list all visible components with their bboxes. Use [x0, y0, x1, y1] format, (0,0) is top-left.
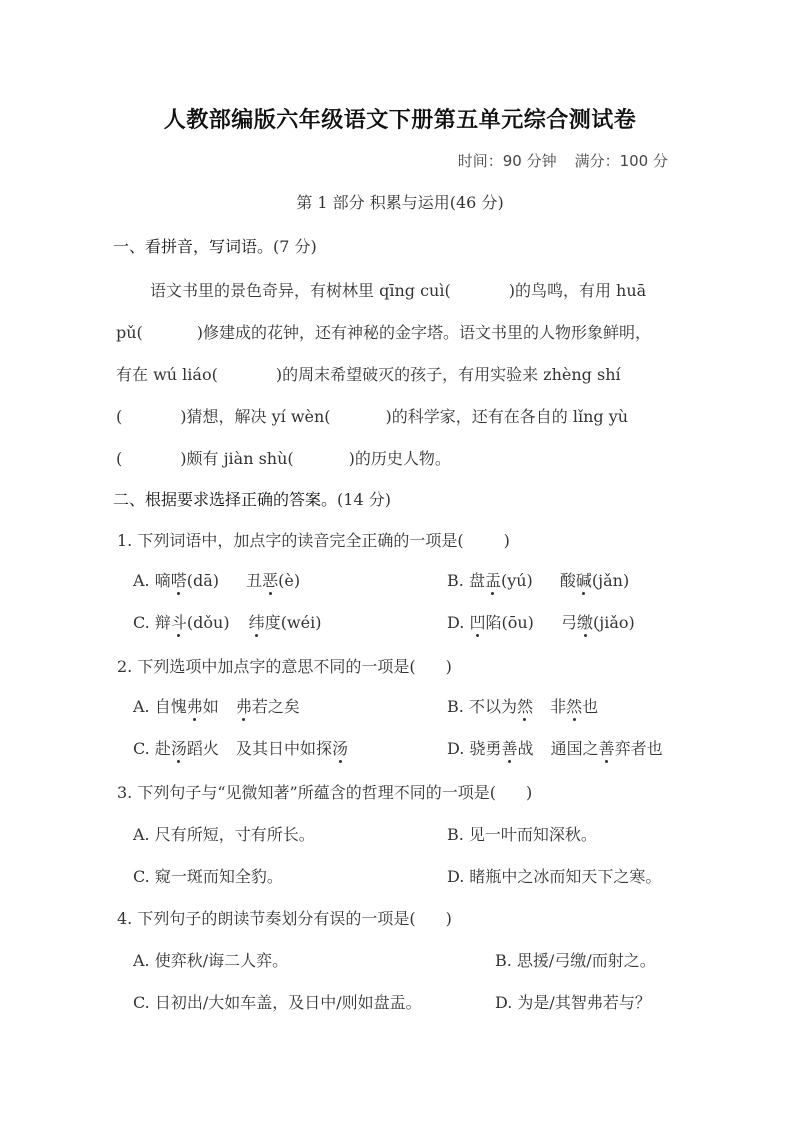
- question-1-stem: 1. 下列词语中，加点字的读音完全正确的一项是(): [117, 528, 510, 551]
- stem-end: ): [504, 531, 510, 550]
- section-2-points: (14 分): [337, 490, 391, 509]
- stem-end: ): [526, 783, 532, 802]
- stem-text: 4. 下列句子的朗读节奏划分有误的一项是(: [117, 909, 416, 928]
- stem-text: 3. 下列句子与“见微知著”所蕴含的哲理不同的一项是(: [117, 783, 496, 802]
- line-text: )猜想，解决 yí wèn(: [180, 407, 330, 426]
- pinyin-line-2: pǔ()修建成的花钟，还有神秘的金字塔。语文书里的人物形象鲜明，: [116, 320, 651, 343]
- question-3-stem: 3. 下列句子与“见微知著”所蕴含的哲理不同的一项是(): [117, 780, 532, 803]
- line-text: )颇有 jiàn shù(: [180, 449, 293, 468]
- section-1-title: 一、看拼音，写词语。: [113, 237, 273, 256]
- q1-option-c[interactable]: C. 辩斗(dǒu) 纬度(wéi): [133, 610, 321, 633]
- time-limit: 时间：90 分钟: [458, 152, 557, 170]
- q4-option-b[interactable]: B. 思援/弓缴/而射之。: [495, 948, 656, 971]
- q3-option-a[interactable]: A. 尺有所短，寸有所长。: [133, 822, 315, 845]
- pinyin-line-3: 有在 wú liáo()的周末希望破灭的孩子，有用实验来 zhèng shí: [116, 362, 621, 385]
- pinyin-line-5: ()颇有 jiàn shù()的历史人物。: [116, 446, 451, 469]
- stem-end: ): [446, 909, 452, 928]
- q2-option-c[interactable]: C. 赴汤蹈火 及其日中如探汤: [133, 736, 348, 759]
- pinyin-line-1: 语文书里的景色奇异，有树林里 qīng cuì()的鸟鸣，有用 huā: [150, 278, 646, 301]
- line-text: (: [116, 407, 122, 426]
- section-1-points: (7 分): [273, 237, 317, 256]
- q2-option-a[interactable]: A. 自愧弗如 弗若之矣: [133, 694, 300, 717]
- line-text: 语文书里的景色奇异，有树林里 qīng cuì(: [150, 281, 451, 300]
- q1-option-a[interactable]: A. 嘀嗒(dā) 丑恶(è): [133, 568, 300, 591]
- line-text: )的历史人物。: [349, 449, 451, 468]
- line-text: )修建成的花钟，还有神秘的金字塔。语文书里的人物形象鲜明，: [197, 323, 651, 342]
- q2-option-d[interactable]: D. 骁勇善战 通国之善弈者也: [447, 736, 663, 759]
- exam-meta: 时间：90 分钟满分：100 分: [458, 150, 668, 171]
- part-title: 第 1 部分 积累与运用(46 分): [0, 190, 800, 213]
- line-text: )的周末希望破灭的孩子，有用实验来 zhèng shí: [276, 365, 621, 384]
- stem-end: ): [446, 657, 452, 676]
- section-2-title: 二、根据要求选择正确的答案。: [113, 490, 337, 509]
- line-text: (: [116, 449, 122, 468]
- q4-option-c[interactable]: C. 日初出/大如车盖，及日中/则如盘盂。: [133, 990, 422, 1013]
- q1-option-d[interactable]: D. 凹陷(ōu) 弓缴(jiǎo): [447, 610, 635, 633]
- full-score: 满分：100 分: [575, 152, 668, 170]
- question-2-stem: 2. 下列选项中加点字的意思不同的一项是(): [117, 654, 452, 677]
- section-1-heading: 一、看拼音，写词语。(7 分): [113, 234, 317, 257]
- q4-option-d[interactable]: D. 为是/其智弗若与？: [495, 990, 651, 1013]
- q1-option-b[interactable]: B. 盘盂(yú) 酸碱(jǎn): [447, 568, 629, 591]
- section-2-heading: 二、根据要求选择正确的答案。(14 分): [113, 487, 391, 510]
- q4-option-a[interactable]: A. 使弈秋/诲二人弈。: [133, 948, 288, 971]
- stem-text: 1. 下列词语中，加点字的读音完全正确的一项是(: [117, 531, 464, 550]
- q3-option-c[interactable]: C. 窥一斑而知全豹。: [133, 864, 283, 887]
- line-text: 有在 wú liáo(: [116, 365, 218, 384]
- line-text: )的鸟鸣，有用 huā: [509, 281, 646, 300]
- page-title: 人教部编版六年级语文下册第五单元综合测试卷: [0, 103, 800, 134]
- q2-option-b[interactable]: B. 不以为然 非然也: [447, 694, 598, 717]
- line-text: )的科学家，还有在各自的 lǐng yù: [386, 407, 629, 426]
- pinyin-line-4: ()猜想，解决 yí wèn()的科学家，还有在各自的 lǐng yù: [116, 404, 628, 427]
- q3-option-b[interactable]: B. 见一叶而知深秋。: [447, 822, 597, 845]
- question-4-stem: 4. 下列句子的朗读节奏划分有误的一项是(): [117, 906, 452, 929]
- line-text: pǔ(: [116, 323, 143, 342]
- q3-option-d[interactable]: D. 睹瓶中之冰而知天下之寒。: [447, 864, 661, 887]
- stem-text: 2. 下列选项中加点字的意思不同的一项是(: [117, 657, 416, 676]
